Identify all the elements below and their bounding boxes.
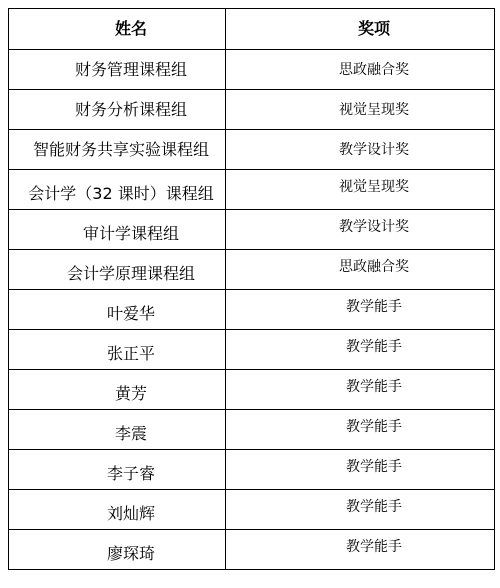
header-name: 姓名 bbox=[9, 9, 226, 50]
cell-name: 智能财务共享实验课程组 bbox=[33, 141, 209, 159]
table-row: 财务管理课程组思政融合奖 bbox=[9, 50, 495, 90]
cell-award: 视觉呈现奖 bbox=[339, 101, 409, 119]
cell-name: 财务管理课程组 bbox=[75, 61, 187, 79]
table-row: 叶爱华教学能手 bbox=[9, 290, 495, 330]
cell-award: 思政融合奖 bbox=[339, 61, 409, 79]
table-row: 审计学课程组教学设计奖 bbox=[9, 210, 495, 250]
table-row: 财务分析课程组视觉呈现奖 bbox=[9, 90, 495, 130]
cell-award: 教学能手 bbox=[346, 378, 402, 396]
cell-name: 张正平 bbox=[107, 345, 155, 363]
cell-award: 教学能手 bbox=[346, 298, 402, 316]
cell-award: 教学能手 bbox=[346, 338, 402, 356]
cell-name: 李子睿 bbox=[107, 465, 155, 483]
table-row: 会计学原理课程组思政融合奖 bbox=[9, 250, 495, 290]
table-row: 李震教学能手 bbox=[9, 410, 495, 450]
table-row: 智能财务共享实验课程组教学设计奖 bbox=[9, 130, 495, 170]
cell-name: 叶爱华 bbox=[107, 305, 155, 323]
cell-name: 审计学课程组 bbox=[83, 225, 179, 243]
cell-name: 刘灿辉 bbox=[107, 505, 155, 523]
table-row: 廖琛琦教学能手 bbox=[9, 530, 495, 570]
cell-name: 财务分析课程组 bbox=[75, 101, 187, 119]
cell-award: 教学设计奖 bbox=[339, 141, 409, 159]
cell-award: 教学设计奖 bbox=[339, 218, 409, 236]
table-row: 刘灿辉教学能手 bbox=[9, 490, 495, 530]
cell-award: 视觉呈现奖 bbox=[339, 178, 409, 196]
cell-name: 会计学原理课程组 bbox=[67, 265, 195, 283]
cell-name: 李震 bbox=[115, 425, 147, 443]
awards-table: 姓名 奖项 财务管理课程组思政融合奖 财务分析课程组视觉呈现奖 智能财务共享实验… bbox=[8, 8, 495, 570]
table-header-row: 姓名 奖项 bbox=[9, 9, 495, 50]
table-row: 会计学（32 课时）课程组视觉呈现奖 bbox=[9, 170, 495, 210]
cell-name: 会计学（32 课时）课程组 bbox=[28, 185, 213, 203]
cell-award: 思政融合奖 bbox=[339, 258, 409, 276]
header-award: 奖项 bbox=[226, 9, 495, 50]
cell-award: 教学能手 bbox=[346, 538, 402, 556]
cell-award: 教学能手 bbox=[346, 498, 402, 516]
table-row: 李子睿教学能手 bbox=[9, 450, 495, 490]
cell-name: 黄芳 bbox=[115, 385, 147, 403]
cell-award: 教学能手 bbox=[346, 458, 402, 476]
cell-name: 廖琛琦 bbox=[107, 545, 155, 563]
table-row: 黄芳教学能手 bbox=[9, 370, 495, 410]
table-row: 张正平教学能手 bbox=[9, 330, 495, 370]
cell-award: 教学能手 bbox=[346, 418, 402, 436]
